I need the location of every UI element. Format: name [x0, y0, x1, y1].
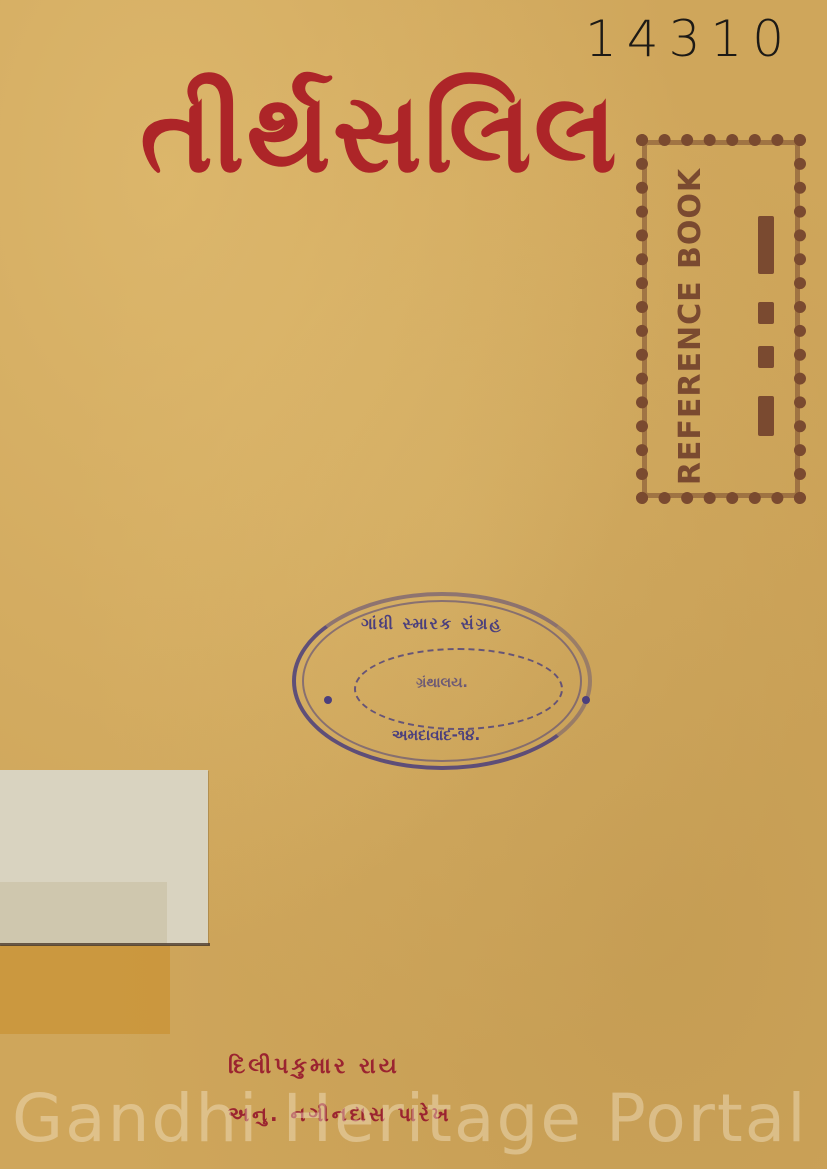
library-stamp-line1: ગાંધી સ્મારક સંગ્રહ: [282, 614, 582, 634]
reference-book-stamp: REFERENCE BOOK: [636, 134, 806, 504]
stamp-mark: [758, 346, 774, 368]
stamp-mark: [758, 302, 774, 324]
book-cover: 14310 તીર્થસલિલ REFERENCE BOOK ગાંધી સ્મ…: [0, 0, 827, 1169]
stamp-dot: [582, 696, 590, 704]
stamp-mark: [758, 396, 774, 436]
reference-stamp-text: REFERENCE BOOK: [674, 167, 709, 484]
library-oval-stamp: ગાંધી સ્મારક સંગ્રહ ગ્રંથાલય. અમદાવાદ-૧૪…: [292, 592, 592, 770]
book-title: તીર્થસલિલ: [140, 78, 619, 188]
stamp-dot: [324, 696, 332, 704]
accession-number: 14310: [585, 10, 794, 68]
tape-residue: [0, 946, 170, 1034]
portal-watermark: Gandhi Heritage Portal: [12, 1080, 808, 1157]
reference-stamp-text-wrap: REFERENCE BOOK: [666, 166, 716, 486]
author-name: દિલીપકુમાર રાય: [228, 1054, 400, 1079]
library-stamp-line3: અમદાવાદ-૧૪.: [286, 726, 586, 744]
stamp-mark: [758, 216, 774, 274]
label-strip: [0, 882, 167, 944]
library-stamp-line2: ગ્રંથાલય.: [292, 675, 592, 691]
reference-stamp-marks: [756, 216, 776, 466]
